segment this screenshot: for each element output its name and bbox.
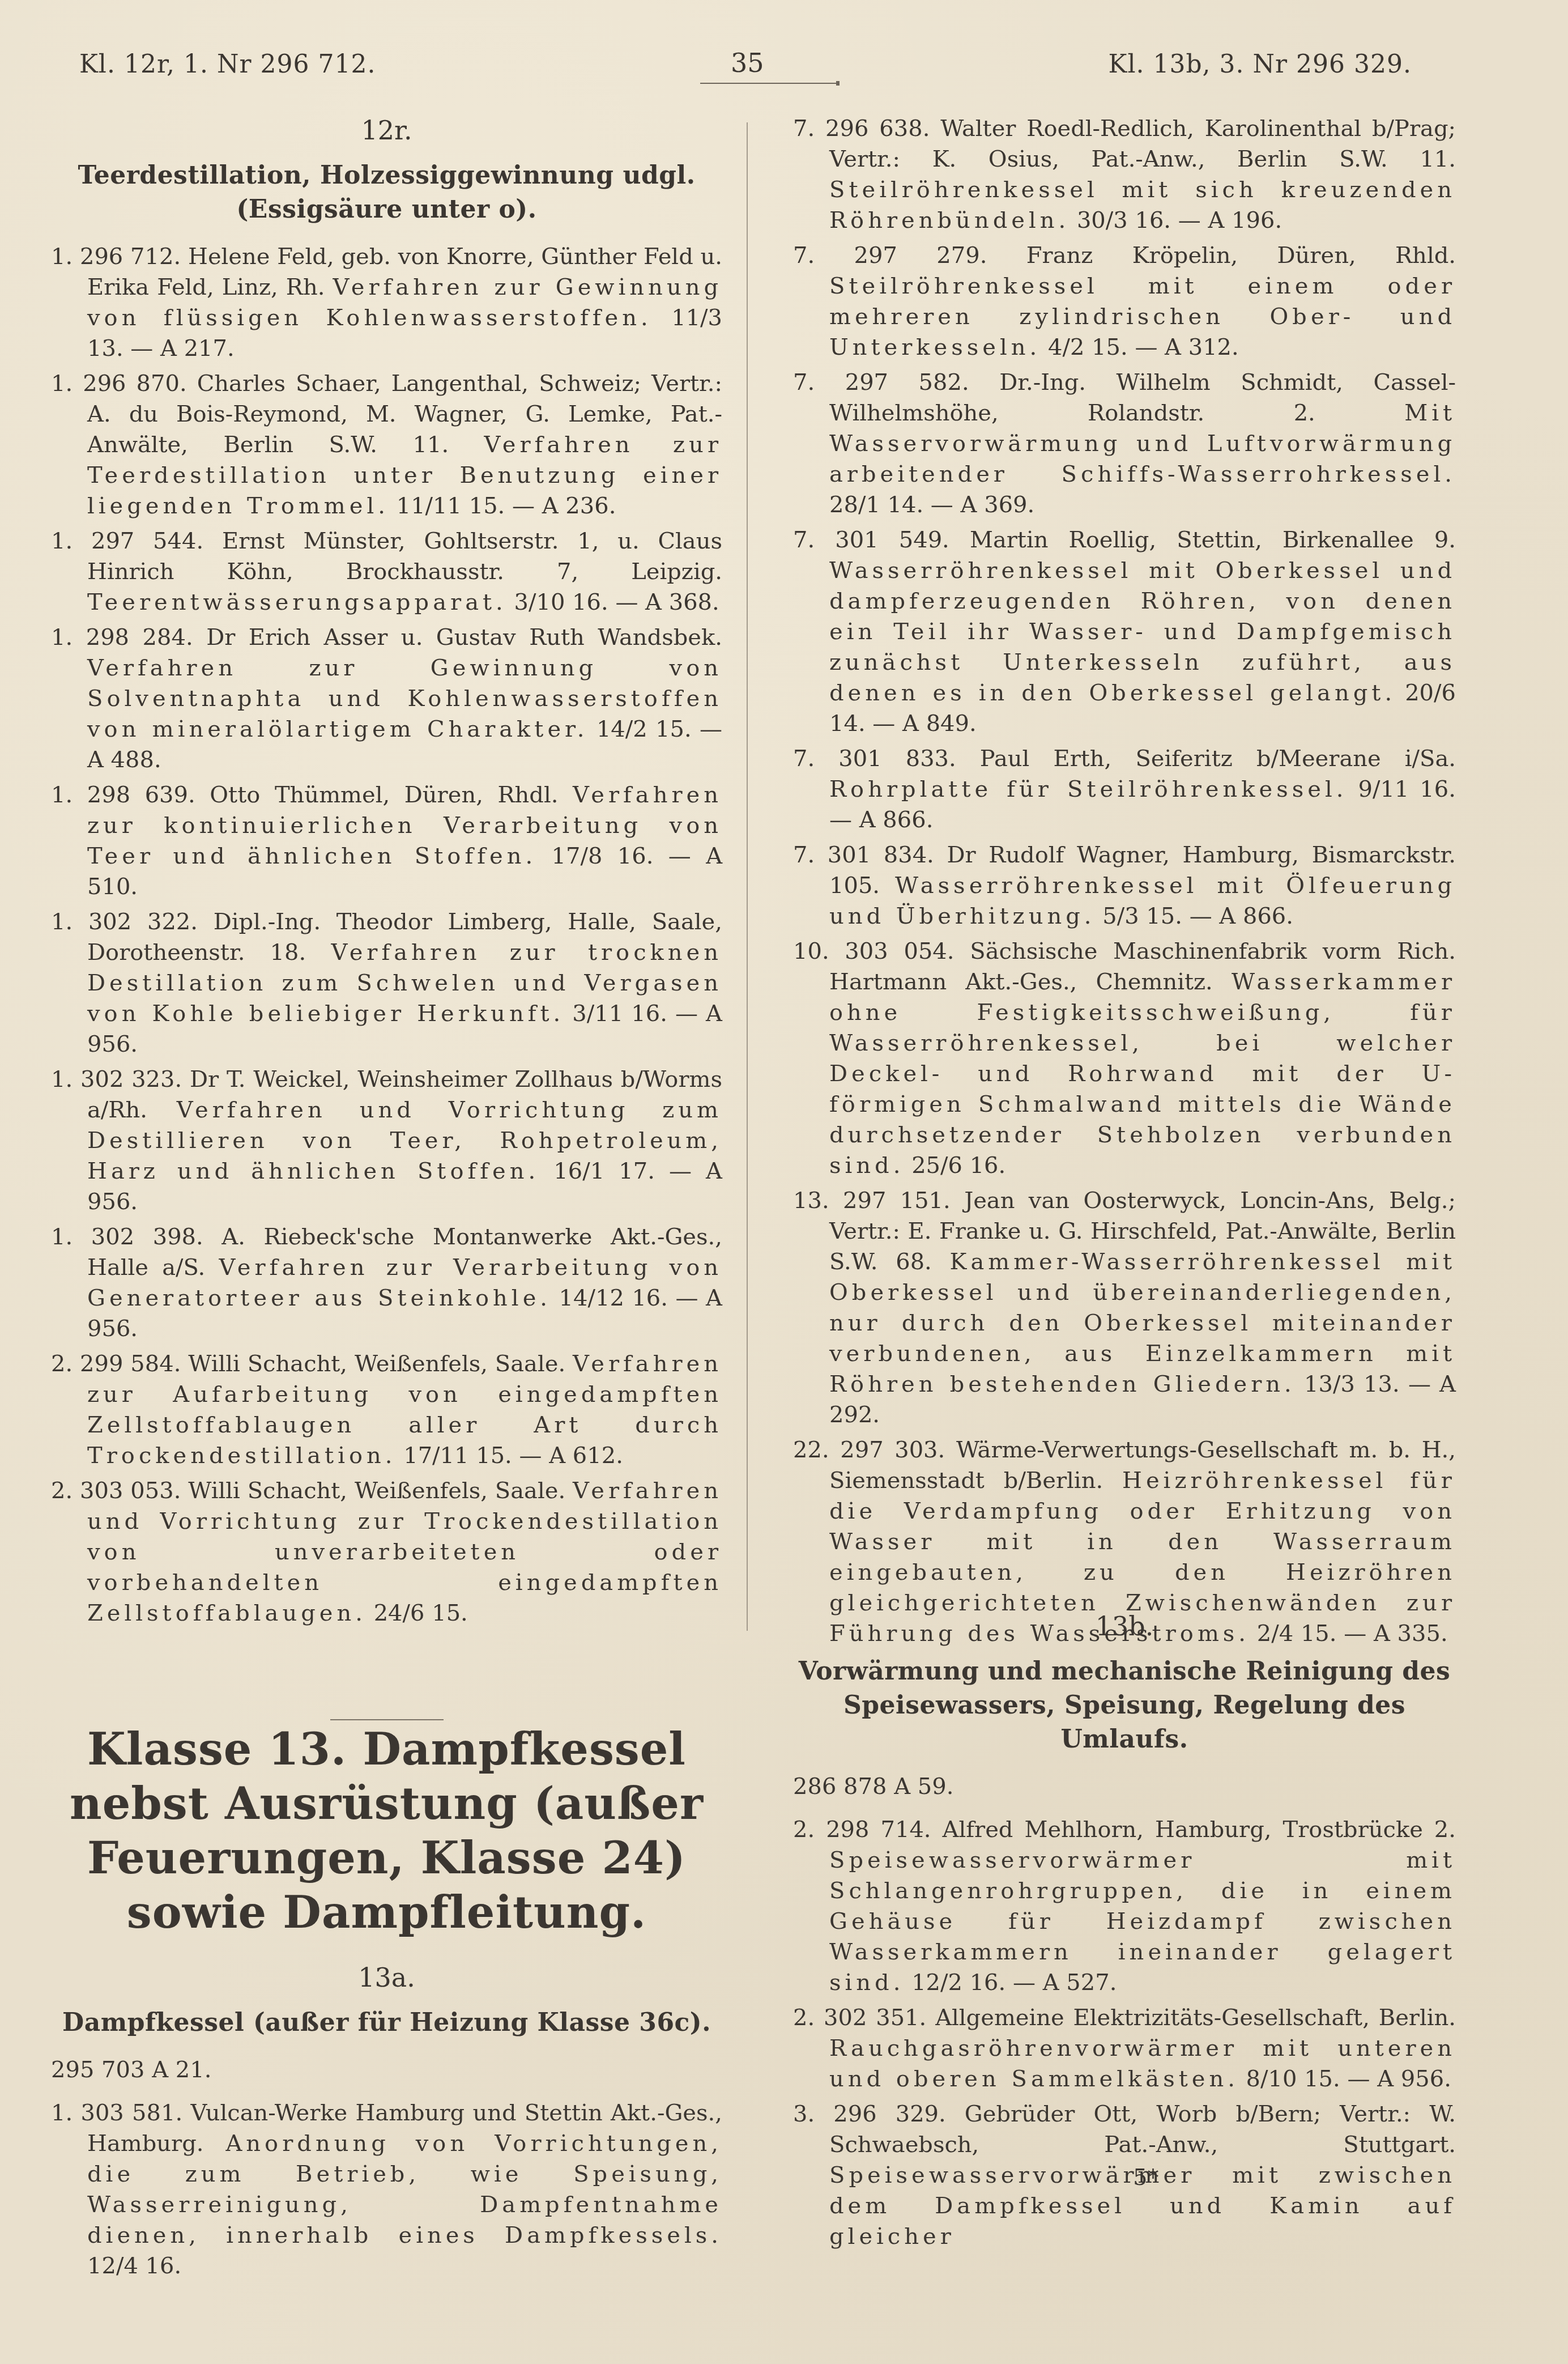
class-heading-13: Klasse 13. Dampfkessel nebst Ausrüstung … xyxy=(51,1723,722,1940)
header-rule xyxy=(700,83,836,84)
patent-entry: 7. 301 833. Paul Erth, Seiferitz b/Meera… xyxy=(793,743,1456,835)
subclass-title-13a: Dampfkessel (außer für Heizung Klasse 36… xyxy=(51,2006,722,2040)
running-head-right: Kl. 13b, 3. Nr 296 329. xyxy=(1109,50,1412,79)
patent-entry: 7. 301 834. Dr Rudolf Wagner, Hamburg, B… xyxy=(793,840,1456,932)
cross-reference-13a: 295 703 A 21. xyxy=(51,2055,722,2085)
subclass-code-12r: 12r. xyxy=(51,113,722,147)
patent-entry: 2. 302 351. Allgemeine Elektrizitäts-Ges… xyxy=(793,2002,1456,2094)
entry-list-13a-cont: 7. 296 638. Walter Roedl-Redlich, Karoli… xyxy=(793,113,1456,1649)
patent-entry: 3. 296 329. Gebrüder Ott, Worb b/Bern; V… xyxy=(793,2099,1456,2252)
class-13-block: Klasse 13. Dampfkessel nebst Ausrüstung … xyxy=(51,1723,722,2286)
subclass-code-13a: 13a. xyxy=(51,1961,722,1995)
subclass-13b-block: 13b. Vorwärmung und mechanische Reinigun… xyxy=(793,1609,1456,2256)
patent-entry: 7. 297 279. Franz Kröpelin, Düren, Rhld.… xyxy=(793,240,1456,363)
section-end-rule xyxy=(330,1719,444,1720)
patent-entry: 1. 296 712. Helene Feld, geb. von Knorre… xyxy=(51,241,722,364)
patent-entry: 7. 301 549. Martin Roellig, Stettin, Bir… xyxy=(793,525,1456,739)
cross-reference-13b: 286 878 A 59. xyxy=(793,1771,1456,1802)
signature-mark: 5* xyxy=(1133,2165,1158,2191)
right-column: 7. 296 638. Walter Roedl-Redlich, Karoli… xyxy=(793,113,1456,1653)
patent-entry: 1. 302 323. Dr T. Weickel, Weinsheimer Z… xyxy=(51,1064,722,1217)
patent-entry: 7. 296 638. Walter Roedl-Redlich, Karoli… xyxy=(793,113,1456,236)
patent-entry: 1. 298 639. Otto Thümmel, Düren, Rhdl. V… xyxy=(51,780,722,902)
entry-list-12r: 1. 296 712. Helene Feld, geb. von Knorre… xyxy=(51,241,722,1629)
running-header: Kl. 12r, 1. Nr 296 712. 35 Kl. 13b, 3. N… xyxy=(0,50,1568,84)
patent-entry: 1. 302 398. A. Riebeck'sche Montanwerke … xyxy=(51,1222,722,1344)
patent-entry: 1. 297 544. Ernst Münster, Gohltserstr. … xyxy=(51,526,722,618)
patent-entry: 1. 303 581. Vulcan-Werke Hamburg und Ste… xyxy=(51,2098,722,2281)
patent-entry: 1. 296 870. Charles Schaer, Langenthal, … xyxy=(51,368,722,521)
subclass-code-13b: 13b. xyxy=(793,1609,1456,1643)
patent-entry: 7. 297 582. Dr.-Ing. Wilhelm Schmidt, Ca… xyxy=(793,367,1456,520)
patent-register-page: Kl. 12r, 1. Nr 296 712. 35 Kl. 13b, 3. N… xyxy=(0,0,1568,2364)
subclass-title-12r: Teerdestillation, Holzessiggewinnung udg… xyxy=(51,159,722,227)
left-column: 12r. Teerdestillation, Holzessiggewinnun… xyxy=(51,113,722,1720)
patent-entry: 13. 297 151. Jean van Oosterwyck, Loncin… xyxy=(793,1185,1456,1430)
patent-entry: 1. 302 322. Dipl.-Ing. Theodor Limberg, … xyxy=(51,907,722,1060)
patent-entry: 2. 298 714. Alfred Mehlhorn, Hamburg, Tr… xyxy=(793,1814,1456,1998)
page-number: 35 xyxy=(731,48,764,78)
patent-entry: 2. 299 584. Willi Schacht, Weißenfels, S… xyxy=(51,1349,722,1471)
patent-entry: 1. 298 284. Dr Erich Asser u. Gustav Rut… xyxy=(51,622,722,775)
patent-entry: 2. 303 053. Willi Schacht, Weißenfels, S… xyxy=(51,1476,722,1629)
column-divider xyxy=(747,122,748,1631)
subclass-title-13b: Vorwärmung und mechanische Reinigung des… xyxy=(793,1655,1456,1757)
running-head-left: Kl. 12r, 1. Nr 296 712. xyxy=(79,50,376,79)
patent-entry: 10. 303 054. Sächsische Maschinenfabrik … xyxy=(793,936,1456,1181)
